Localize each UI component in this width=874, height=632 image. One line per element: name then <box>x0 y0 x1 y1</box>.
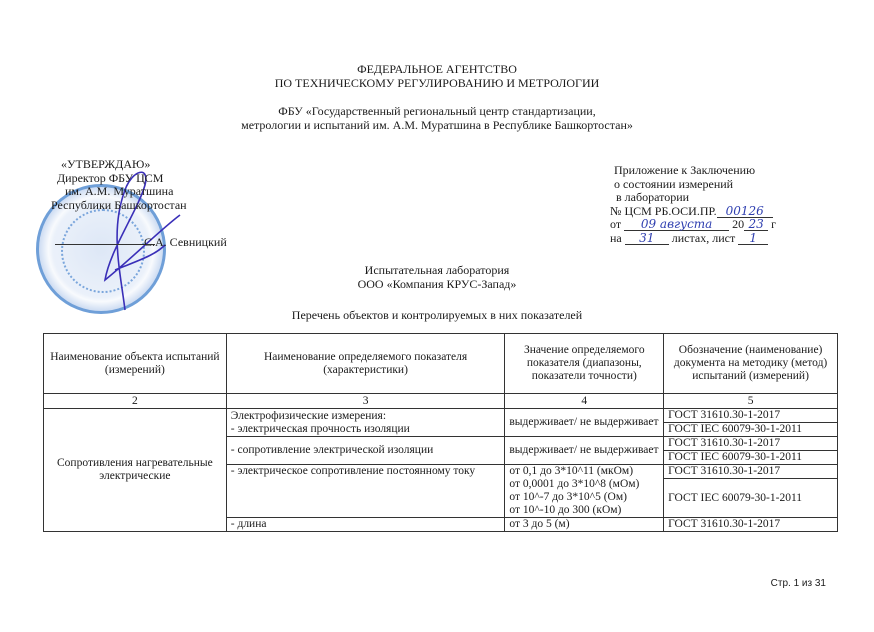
annex-line-2: о состоянии измерений <box>614 178 854 192</box>
annex-number-line: № ЦСМ РБ.ОСИ.ПР.00126 <box>610 205 854 219</box>
org-line-1: ФБУ «Государственный региональный центр … <box>0 104 874 118</box>
column-number: 3 <box>226 394 505 409</box>
agency-line-2: ПО ТЕХНИЧЕСКОМУ РЕГУЛИРОВАНИЮ И МЕТРОЛОГ… <box>0 76 874 90</box>
column-header-document: Обозначение (наименование) документа на … <box>664 334 838 394</box>
column-header-indicator: Наименование определяемого показателя (х… <box>226 334 505 394</box>
annex-sheets-line: на 31 листах, лист 1 <box>610 232 854 246</box>
column-number: 4 <box>505 394 664 409</box>
annex-line-3: в лаборатории <box>614 191 854 205</box>
annex-year-value: 23 <box>744 218 768 231</box>
lab-header: Испытательная лаборатория ООО «Компания … <box>0 263 874 291</box>
signer-name: С.А. Севницкий <box>144 235 227 250</box>
column-header-value: Значение определяемого показателя (диапа… <box>505 334 664 394</box>
annex-year-suffix: г <box>771 217 776 231</box>
lab-line-1: Испытательная лаборатория <box>0 263 874 277</box>
organization-header: ФБУ «Государственный региональный центр … <box>0 104 874 132</box>
agency-header: ФЕДЕРАЛЬНОЕ АГЕНТСТВО ПО ТЕХНИЧЕСКОМУ РЕ… <box>0 62 874 90</box>
document-cell: ГОСТ 31610.30-1-2017 <box>664 465 838 479</box>
column-number: 2 <box>44 394 227 409</box>
approval-position: Директор ФБУ ЦСМ <box>55 172 275 186</box>
value-cell: от 0,1 до 3*10^11 (мкОм) от 0,0001 до 3*… <box>505 465 664 518</box>
document-cell: ГОСТ IEC 60079-30-1-2011 <box>664 423 838 437</box>
signature-line <box>55 244 155 245</box>
indicator-cell: Электрофизические измерения: - электриче… <box>226 409 505 437</box>
annex-date-value: 09 августа <box>624 218 729 231</box>
table-header-row: Наименование объекта испытаний (измерени… <box>44 334 838 394</box>
table-row: Сопротивления нагревательные электрическ… <box>44 409 838 423</box>
page-number: Стр. 1 из 31 <box>771 578 826 589</box>
approval-title: «УТВЕРЖДАЮ» <box>55 158 275 172</box>
indicator-cell: - электрическое сопротивление постоянном… <box>226 465 505 518</box>
value-cell: выдерживает/ не выдерживает <box>505 437 664 465</box>
column-number: 5 <box>664 394 838 409</box>
list-title: Перечень объектов и контролируемых в них… <box>0 308 874 322</box>
annex-date-line: от 09 августа 2023 г <box>610 218 854 232</box>
value-cell: выдерживает/ не выдерживает <box>505 409 664 437</box>
document-cell: ГОСТ 31610.30-1-2017 <box>664 518 838 532</box>
value-cell: от 3 до 5 (м) <box>505 518 664 532</box>
annex-number-prefix: № ЦСМ РБ.ОСИ.ПР. <box>610 204 717 218</box>
indicator-cell: - длина <box>226 518 505 532</box>
annex-sheet-value: 1 <box>738 232 768 245</box>
document-cell: ГОСТ IEC 60079-30-1-2011 <box>664 479 838 518</box>
document-cell: ГОСТ 31610.30-1-2017 <box>664 437 838 451</box>
annex-block: Приложение к Заключению о состоянии изме… <box>614 164 854 245</box>
annex-year-prefix: 20 <box>732 217 744 231</box>
indicator-cell: - сопротивление электрической изоляции <box>226 437 505 465</box>
annex-line-1: Приложение к Заключению <box>614 164 854 178</box>
agency-line-1: ФЕДЕРАЛЬНОЕ АГЕНТСТВО <box>0 62 874 76</box>
indicators-table: Наименование объекта испытаний (измерени… <box>43 333 838 532</box>
document-cell: ГОСТ 31610.30-1-2017 <box>664 409 838 423</box>
annex-sheets-prefix: на <box>610 231 622 245</box>
approval-block: «УТВЕРЖДАЮ» Директор ФБУ ЦСМ им. А.М. Му… <box>55 158 275 212</box>
annex-date-prefix: от <box>610 217 621 231</box>
document-cell: ГОСТ IEC 60079-30-1-2011 <box>664 451 838 465</box>
column-header-object: Наименование объекта испытаний (измерени… <box>44 334 227 394</box>
annex-number-value: 00126 <box>717 205 773 218</box>
approval-org-2: Республики Башкортостан <box>51 199 275 213</box>
annex-sheets-middle: листах, лист <box>672 231 735 245</box>
org-line-2: метрологии и испытаний им. А.М. Муратшин… <box>0 118 874 132</box>
column-number-row: 2 3 4 5 <box>44 394 838 409</box>
annex-sheets-value: 31 <box>625 232 669 245</box>
approval-org-1: им. А.М. Муратшина <box>55 185 275 199</box>
lab-line-2: ООО «Компания КРУС-Запад» <box>0 277 874 291</box>
object-name-cell: Сопротивления нагревательные электрическ… <box>44 409 227 532</box>
